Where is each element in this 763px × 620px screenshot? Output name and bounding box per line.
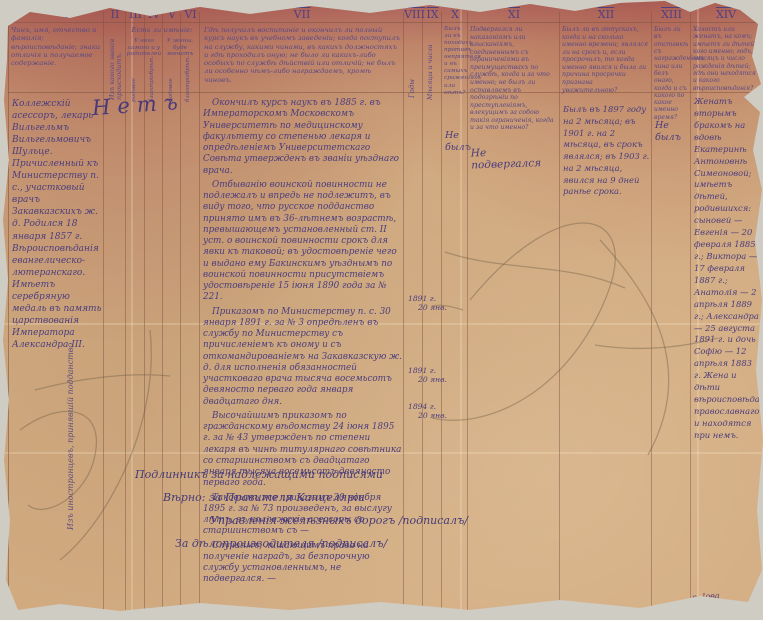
column-i-numeral: I [29, 8, 104, 21]
column-xiv-header: Холостъ или женатъ, на комъ; имѣетъ ли д… [693, 26, 759, 92]
column-viii-numeral: VIII [404, 8, 423, 21]
column-xiii-numeral: XIII [652, 8, 691, 21]
certification-line: За дѣлопроизводителя /подписалъ/ [175, 537, 485, 550]
column-ix-numeral: IX [423, 8, 442, 21]
column-xiv-numeral: XIV [691, 8, 761, 21]
column-x-numeral: X [442, 8, 468, 21]
column-xi-numeral: XI [468, 8, 560, 21]
column-ix-header: Мѣсяцы и числа [428, 30, 435, 100]
date-year: 1891 г. [408, 294, 436, 303]
column-iv-numeral: IV [145, 8, 163, 21]
column-vii-numeral: VII [200, 8, 404, 21]
column-xiii-header: Былъ ли въ отставкѣ съ награжденіемъ чин… [654, 26, 689, 121]
column-ii-numeral: II [104, 8, 126, 21]
column-xii: XII Былъ ли въ отпускахъ, когда и на ско… [559, 12, 652, 610]
service-paragraph: Окончилъ курсъ наукъ въ 1885 г. въ Импер… [203, 98, 402, 177]
date-year: 1894 г. [408, 402, 436, 411]
column-i: I Чинъ, имя, отчество и фамилія; вѣроисп… [8, 12, 104, 610]
leaves-entry: Былъ въ 1897 году на 2 мѣсяца; въ 1901 г… [563, 104, 650, 198]
column-i-header: Чинъ, имя, отчество и фамилія; вѣроиспов… [11, 26, 102, 67]
column-viii-header: Годы [409, 34, 417, 98]
column-xi-header: Подвергался ли наказаніямъ или взысканія… [470, 26, 558, 132]
service-paragraph: Отбыванію воинской повинности не подлежа… [203, 180, 402, 304]
column-iii-numeral: III [126, 8, 145, 21]
campaigns-entry: Не былъ [445, 130, 466, 155]
column-xii-header: Былъ ли въ отпускахъ, когда и на сколько… [562, 26, 650, 94]
family-entry: Женатъ вторымъ бракомъ на вдовѣ Екатерин… [694, 96, 759, 442]
certification-line: Вѣрно: за Правителя Канцеляріи [163, 491, 485, 504]
column-xiii: XIII Былъ ли въ отставкѣ съ награжденіем… [651, 12, 691, 610]
certification-line: Подлинникъ за надлежащими подписями [135, 468, 485, 481]
column-ii-header: Изъ какого званія происходитъ. [109, 28, 123, 100]
column-xii-numeral: XII [560, 8, 652, 21]
person-entry: Коллежскій асессоръ, лекарь Вильгельмъ В… [12, 98, 102, 351]
certification-block: Подлинникъ за надлежащими подписями Вѣрн… [135, 468, 485, 560]
column-vii-header: Гдѣ получилъ воспитаніе и окончилъ ли по… [204, 26, 400, 84]
retirement-entry: Не былъ [655, 120, 679, 145]
marginal-note: Изъ иностранцевъ, принявшій подданство [66, 200, 80, 530]
document-paper: I Чинъ, имя, отчество и фамилія; вѣроисп… [0, 0, 763, 620]
penalties-entry: Не подвергался [471, 144, 559, 171]
signature-mark: п. Іова [692, 591, 720, 602]
service-paragraph: Приказомъ по Министерству п. с. 30 январ… [203, 307, 402, 408]
column-vi-numeral: VI [181, 8, 200, 21]
column-v-numeral: V [163, 8, 181, 21]
date-year: 1891 г. [408, 366, 436, 375]
column-x-header: Былъ ли въ походахъ противъ непріятеля и… [444, 26, 466, 97]
column-xiv: XIV Холостъ или женатъ, на комъ; имѣетъ … [690, 12, 761, 610]
certification-line: Управленія желѣзныхъ дорогъ /подписалъ/ [210, 514, 485, 527]
